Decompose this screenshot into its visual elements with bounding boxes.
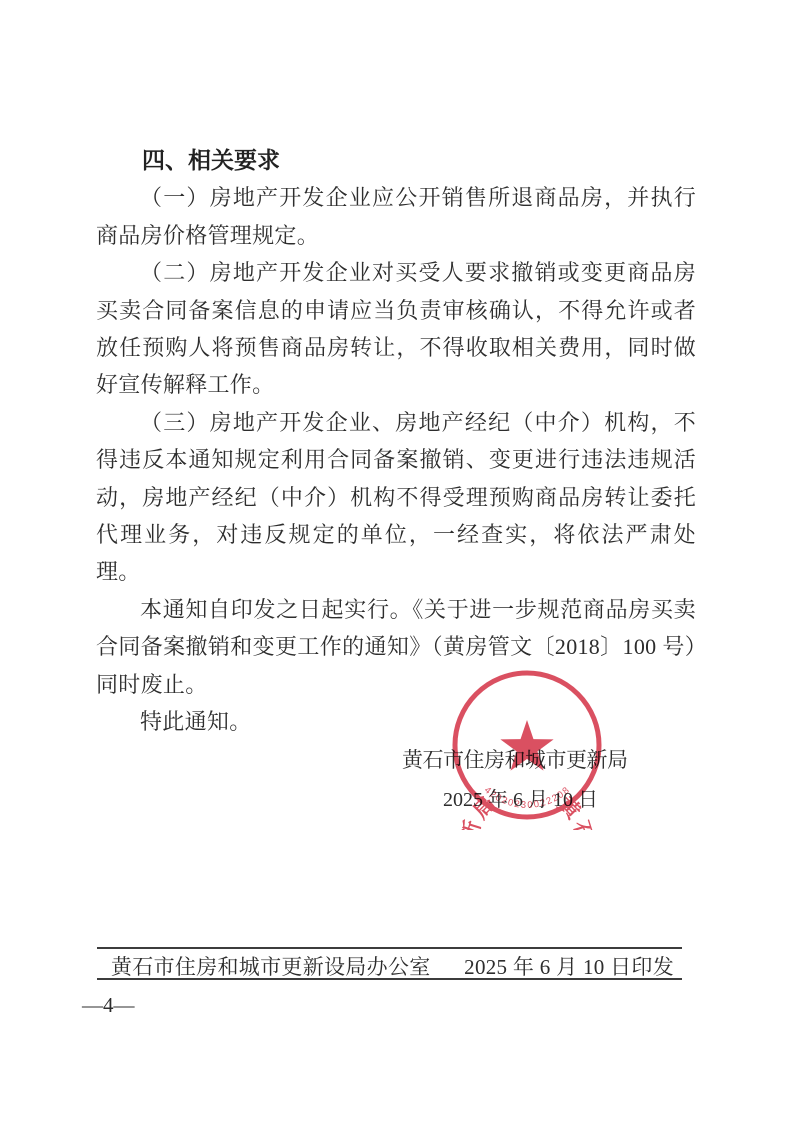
- footer-print-date: 2025 年 6 月 10 日印发: [464, 951, 682, 981]
- paragraph-3: （三）房地产开发企业、房地产经纪（中介）机构，不得违反本通知规定利用合同备案撤销…: [96, 404, 696, 591]
- footer-office: 黄石市住房和城市更新设局办公室: [97, 951, 431, 981]
- closing-line: 特此通知。: [96, 703, 696, 740]
- signature-date: 2025 年 6 月 10 日: [443, 783, 598, 812]
- footer-top-rule: [97, 947, 682, 949]
- paragraph-4: 本通知自印发之日起实行。《关于进一步规范商品房买卖合同备案撤销和变更工作的通知》…: [96, 591, 696, 703]
- footer-bottom-rule: [97, 978, 682, 980]
- document-body: 四、相关要求 （一）房地产开发企业应公开销售所退商品房，并执行商品房价格管理规定…: [96, 142, 696, 741]
- section-heading: 四、相关要求: [96, 142, 696, 179]
- signature-issuer: 黄石市住房和城市更新局: [402, 744, 628, 774]
- footer-row: 黄石市住房和城市更新设局办公室 2025 年 6 月 10 日印发: [97, 951, 682, 981]
- paragraph-2: （二）房地产开发企业对买受人要求撤销或变更商品房买卖合同备案信息的申请应当负责审…: [96, 254, 696, 404]
- paragraph-1: （一）房地产开发企业应公开销售所退商品房，并执行商品房价格管理规定。: [96, 179, 696, 254]
- page-number: —4—: [82, 993, 135, 1018]
- document-page: 四、相关要求 （一）房地产开发企业应公开销售所退商品房，并执行商品房价格管理规定…: [0, 0, 793, 1121]
